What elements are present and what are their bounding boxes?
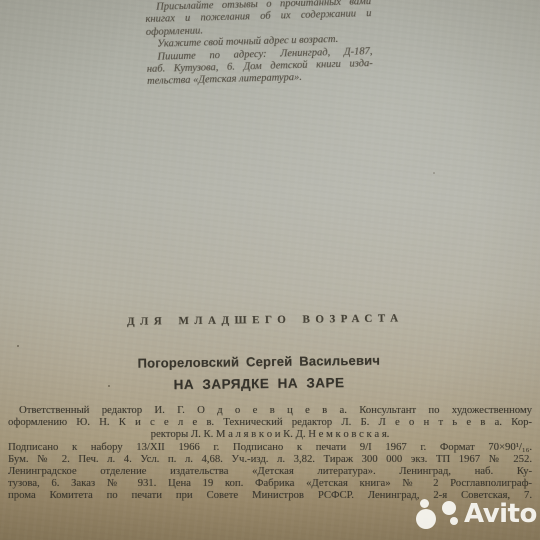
colophon-line: Подписано к набору 13/XII 1966 г. Подпис… (8, 441, 532, 453)
avito-logo-dot (450, 517, 458, 525)
paper-speck (433, 172, 435, 174)
imprint-colophon: Ответственный редактор И. Г. О д о е в ц… (8, 404, 532, 502)
colophon-line: Ленинградское отделение издательства «Де… (8, 465, 532, 477)
avito-watermark: Avito (416, 499, 537, 530)
paper-speck (108, 385, 110, 387)
avito-watermark-text: Avito (464, 499, 537, 530)
colophon-line: оформлению Ю. Н. К и с е л е в. Техничес… (8, 416, 532, 428)
readers-feedback-note: Присылайте отзывы о прочитанных вами кни… (145, 0, 373, 89)
age-category-label: ДЛЯ МЛАДШЕГО ВОЗРАСТА (0, 311, 535, 330)
avito-logo-dot (416, 509, 436, 529)
author-name: Погореловский Сергей Васильевич (0, 351, 529, 373)
paper-speck (17, 345, 19, 347)
colophon-line: ректоры Л. К. М а л я в к о и К. Д. Н е … (8, 428, 532, 440)
book-title: НА ЗАРЯДКЕ НА ЗАРЕ (0, 373, 529, 395)
avito-logo-dot (442, 501, 456, 515)
colophon-line: тузова, 6. Заказ № 931. Цена 19 коп. Фаб… (8, 477, 532, 489)
avito-logo-dot (420, 499, 429, 508)
colophon-line: Ответственный редактор И. Г. О д о е в ц… (8, 404, 532, 416)
colophon-line: Бум. № 2. Печ. л. 4. Усл. п. л. 4,68. Уч… (8, 453, 532, 465)
book-colophon-page-photo: Присылайте отзывы о прочитанных вами кни… (0, 0, 540, 540)
avito-logo-icon (416, 499, 461, 530)
